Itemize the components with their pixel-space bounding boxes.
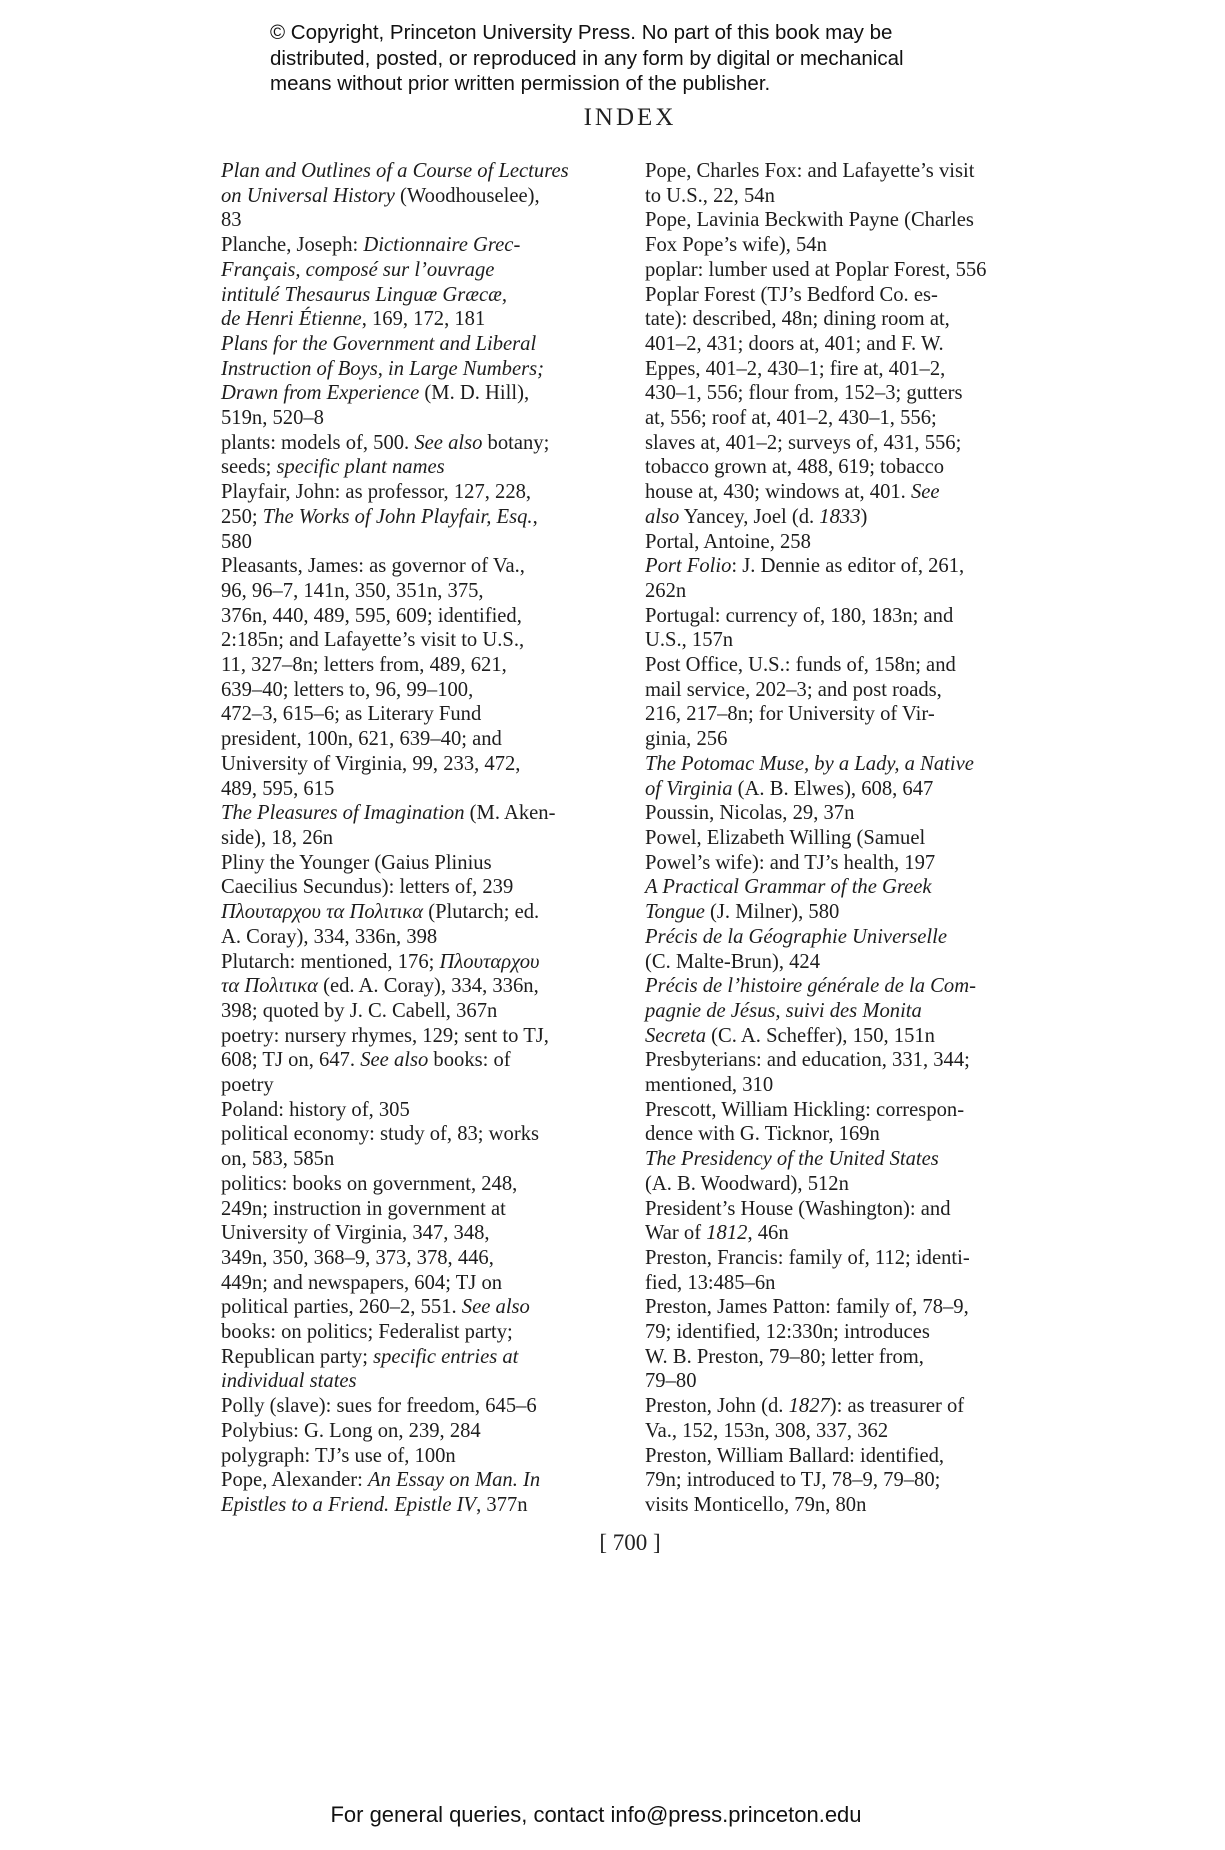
- index-entry: Post Office, U.S.: funds of, 158n; andma…: [645, 653, 1050, 752]
- index-entry-line: poetry: [242, 1073, 621, 1098]
- index-entry-line: 2:185n; and Lafayette’s visit to U.S.,: [242, 628, 621, 653]
- index-entry-line: Poland: history of, 305: [242, 1098, 621, 1123]
- index-entry: Poland: history of, 305: [221, 1098, 621, 1123]
- index-entry-line: (A. B. Woodward), 512n: [666, 1172, 1050, 1197]
- index-entry-line: president, 100n, 621, 639–40; and: [242, 727, 621, 752]
- index-entry: political economy: study of, 83; workson…: [221, 1122, 621, 1171]
- index-entry-line: Portugal: currency of, 180, 183n; and: [666, 604, 1050, 629]
- index-entry-line: politics: books on government, 248,: [242, 1172, 621, 1197]
- index-entry-line: poplar: lumber used at Poplar Forest, 55…: [666, 258, 1050, 283]
- index-entry: Précis de la Géographie Universelle(C. M…: [645, 925, 1050, 974]
- footer-contact: For general queries, contact info@press.…: [0, 1802, 1192, 1828]
- index-entry-line: Pope, Alexander: An Essay on Man. In: [242, 1468, 621, 1493]
- index-entry-line: Va., 152, 153n, 308, 337, 362: [666, 1419, 1050, 1444]
- index-entry: President’s House (Washington): andWar o…: [645, 1197, 1050, 1246]
- index-entry-line: Preston, Francis: family of, 112; identi…: [666, 1246, 1050, 1271]
- index-entry: Plan and Outlines of a Course of Lecture…: [221, 159, 621, 233]
- copyright-line: means without prior written permission o…: [270, 71, 1010, 97]
- index-entry: Polly (slave): sues for freedom, 645–6: [221, 1394, 621, 1419]
- index-entry: Prescott, William Hickling: correspon-de…: [645, 1098, 1050, 1147]
- index-entry-line: Preston, John (d. 1827): as treasurer of: [666, 1394, 1050, 1419]
- index-entry-line: Pleasants, James: as governor of Va.,: [242, 554, 621, 579]
- index-entry-line: Prescott, William Hickling: correspon-: [666, 1098, 1050, 1123]
- index-entry-line: University of Virginia, 347, 348,: [242, 1221, 621, 1246]
- index-entry-line: 262n: [666, 579, 1050, 604]
- index-entry: Pliny the Younger (Gaius PliniusCaeciliu…: [221, 851, 621, 900]
- index-entry-line: 449n; and newspapers, 604; TJ on: [242, 1271, 621, 1296]
- index-entry-line: house at, 430; windows at, 401. See: [666, 480, 1050, 505]
- index-entry-line: polygraph: TJ’s use of, 100n: [242, 1444, 621, 1469]
- index-entry-line: Pliny the Younger (Gaius Plinius: [242, 851, 621, 876]
- index-entry-line: Secreta (C. A. Scheffer), 150, 151n: [666, 1024, 1050, 1049]
- index-entry-line: (C. Malte-Brun), 424: [666, 950, 1050, 975]
- index-entry-line: Pope, Charles Fox: and Lafayette’s visit: [666, 159, 1050, 184]
- index-entry-line: 79–80: [666, 1369, 1050, 1394]
- index-entry-line: War of 1812, 46n: [666, 1221, 1050, 1246]
- index-entry: poetry: nursery rhymes, 129; sent to TJ,…: [221, 1024, 621, 1098]
- index-entry: politics: books on government, 248,249n;…: [221, 1172, 621, 1394]
- index-entry-line: Preston, James Patton: family of, 78–9,: [666, 1295, 1050, 1320]
- index-entry-line: 79; identified, 12:330n; introduces: [666, 1320, 1050, 1345]
- index-entry-line: books: on politics; Federalist party;: [242, 1320, 621, 1345]
- index-entry-line: Πλουταρχου τα Πολιτικα (Plutarch; ed.: [242, 900, 621, 925]
- index-entry: Presbyterians: and education, 331, 344;m…: [645, 1048, 1050, 1097]
- index-entry-line: Poussin, Nicolas, 29, 37n: [666, 801, 1050, 826]
- index-entry-line: 376n, 440, 489, 595, 609; identified,: [242, 604, 621, 629]
- index-entry-line: de Henri Étienne, 169, 172, 181: [242, 307, 621, 332]
- index-entry-line: Français, composé sur l’ouvrage: [242, 258, 621, 283]
- index-entry: The Potomac Muse, by a Lady, a Nativeof …: [645, 752, 1050, 801]
- index-entry-line: 216, 217–8n; for University of Vir-: [666, 702, 1050, 727]
- index-column-right: Pope, Charles Fox: and Lafayette’s visit…: [645, 159, 1050, 1518]
- index-entry-line: 639–40; letters to, 96, 99–100,: [242, 678, 621, 703]
- index-entry-line: 430–1, 556; flour from, 152–3; gutters: [666, 381, 1050, 406]
- index-entry-line: side), 18, 26n: [242, 826, 621, 851]
- index-entry: Πλουταρχου τα Πολιτικα (Plutarch; ed.A. …: [221, 900, 621, 949]
- index-entry-line: poetry: nursery rhymes, 129; sent to TJ,: [242, 1024, 621, 1049]
- index-entry-line: tobacco grown at, 488, 619; tobacco: [666, 455, 1050, 480]
- index-entry-line: Plans for the Government and Liberal: [242, 332, 621, 357]
- index-entry-line: Plutarch: mentioned, 176; Πλουταρχου: [242, 950, 621, 975]
- index-entry-line: mail service, 202–3; and post roads,: [666, 678, 1050, 703]
- index-entry: Poplar Forest (TJ’s Bedford Co. es-tate)…: [645, 283, 1050, 530]
- index-entry-line: mentioned, 310: [666, 1073, 1050, 1098]
- index-entry: Powel, Elizabeth Willing (SamuelPowel’s …: [645, 826, 1050, 875]
- index-entry-line: The Presidency of the United States: [666, 1147, 1050, 1172]
- index-entry-line: 349n, 350, 368–9, 373, 378, 446,: [242, 1246, 621, 1271]
- index-entry-line: W. B. Preston, 79–80; letter from,: [666, 1345, 1050, 1370]
- index-entry-line: Port Folio: J. Dennie as editor of, 261,: [666, 554, 1050, 579]
- index-entry-line: pagnie de Jésus, suivi des Monita: [666, 999, 1050, 1024]
- index-entry-line: plants: models of, 500. See also botany;: [242, 431, 621, 456]
- index-entry-line: on Universal History (Woodhouselee),: [242, 184, 621, 209]
- index-entry: The Pleasures of Imagination (M. Aken-si…: [221, 801, 621, 850]
- index-entry-line: Republican party; specific entries at: [242, 1345, 621, 1370]
- index-entry-line: political parties, 260–2, 551. See also: [242, 1295, 621, 1320]
- index-entry-line: 11, 327–8n; letters from, 489, 621,: [242, 653, 621, 678]
- copyright-notice: © Copyright, Princeton University Press.…: [270, 20, 1010, 97]
- index-entry-line: on, 583, 585n: [242, 1147, 621, 1172]
- index-entry-line: slaves at, 401–2; surveys of, 431, 556;: [666, 431, 1050, 456]
- index-entry-line: 580: [242, 530, 621, 555]
- index-entry: Pope, Alexander: An Essay on Man. InEpis…: [221, 1468, 621, 1517]
- index-entry-line: Playfair, John: as professor, 127, 228,: [242, 480, 621, 505]
- index-entry-line: Presbyterians: and education, 331, 344;: [666, 1048, 1050, 1073]
- index-entry: Pope, Lavinia Beckwith Payne (CharlesFox…: [645, 208, 1050, 257]
- index-entry: Port Folio: J. Dennie as editor of, 261,…: [645, 554, 1050, 603]
- index-entry-line: 472–3, 615–6; as Literary Fund: [242, 702, 621, 727]
- index-entry-line: intitulé Thesaurus Linguæ Græcæ,: [242, 283, 621, 308]
- index-entry-line: visits Monticello, 79n, 80n: [666, 1493, 1050, 1518]
- index-entry-line: political economy: study of, 83; works: [242, 1122, 621, 1147]
- copyright-line: © Copyright, Princeton University Press.…: [270, 20, 1010, 46]
- index-entry-line: 249n; instruction in government at: [242, 1197, 621, 1222]
- page-title: INDEX: [0, 104, 1225, 132]
- index-entry: Plans for the Government and LiberalInst…: [221, 332, 621, 431]
- index-entry-line: 96, 96–7, 141n, 350, 351n, 375,: [242, 579, 621, 604]
- index-entry-line: Polly (slave): sues for freedom, 645–6: [242, 1394, 621, 1419]
- index-entry-line: tate): described, 48n; dining room at,: [666, 307, 1050, 332]
- index-entry: polygraph: TJ’s use of, 100n: [221, 1444, 621, 1469]
- index-entry: Plutarch: mentioned, 176; Πλουταρχουτα Π…: [221, 950, 621, 1024]
- index-entry-line: Post Office, U.S.: funds of, 158n; and: [666, 653, 1050, 678]
- index-entry-line: seeds; specific plant names: [242, 455, 621, 480]
- index-entry-line: Portal, Antoine, 258: [666, 530, 1050, 555]
- index-entry-line: Précis de la Géographie Universelle: [666, 925, 1050, 950]
- index-entry-line: to U.S., 22, 54n: [666, 184, 1050, 209]
- index-entry: Planche, Joseph: Dictionnaire Grec-Franç…: [221, 233, 621, 332]
- index-entry-line: Epistles to a Friend. Epistle IV, 377n: [242, 1493, 621, 1518]
- index-entry-line: 79n; introduced to TJ, 78–9, 79–80;: [666, 1468, 1050, 1493]
- index-entry-line: Précis de l’histoire générale de la Com-: [666, 974, 1050, 999]
- index-entry-line: Fox Pope’s wife), 54n: [666, 233, 1050, 258]
- index-entry: plants: models of, 500. See also botany;…: [221, 431, 621, 480]
- index-entry-line: Powel’s wife): and TJ’s health, 197: [666, 851, 1050, 876]
- index-entry-line: Drawn from Experience (M. D. Hill),: [242, 381, 621, 406]
- index-entry: Preston, William Ballard: identified,79n…: [645, 1444, 1050, 1518]
- index-entry-line: at, 556; roof at, 401–2, 430–1, 556;: [666, 406, 1050, 431]
- index-entry-line: President’s House (Washington): and: [666, 1197, 1050, 1222]
- index-entry: The Presidency of the United States(A. B…: [645, 1147, 1050, 1196]
- index-entry-line: 83: [242, 208, 621, 233]
- index-entry: Preston, John (d. 1827): as treasurer of…: [645, 1394, 1050, 1443]
- index-entry-line: 250; The Works of John Playfair, Esq.,: [242, 505, 621, 530]
- index-entry-line: ginia, 256: [666, 727, 1050, 752]
- index-entry-line: 489, 595, 615: [242, 777, 621, 802]
- index-column-left: Plan and Outlines of a Course of Lecture…: [221, 159, 621, 1518]
- index-entry-line: A Practical Grammar of the Greek: [666, 875, 1050, 900]
- index-entry-line: Poplar Forest (TJ’s Bedford Co. es-: [666, 283, 1050, 308]
- index-entry: Playfair, John: as professor, 127, 228,2…: [221, 480, 621, 554]
- copyright-line: distributed, posted, or reproduced in an…: [270, 46, 1010, 72]
- index-entry: poplar: lumber used at Poplar Forest, 55…: [645, 258, 1050, 283]
- index-entry-line: dence with G. Ticknor, 169n: [666, 1122, 1050, 1147]
- index-entry: Portal, Antoine, 258: [645, 530, 1050, 555]
- index-entry: Portugal: currency of, 180, 183n; andU.S…: [645, 604, 1050, 653]
- index-entry-line: University of Virginia, 99, 233, 472,: [242, 752, 621, 777]
- page-number: [ 700 ]: [0, 1530, 1225, 1556]
- index-entry-line: Caecilius Secundus): letters of, 239: [242, 875, 621, 900]
- index-entry-line: Tongue (J. Milner), 580: [666, 900, 1050, 925]
- index-entry-line: 519n, 520–8: [242, 406, 621, 431]
- index-entry-line: Powel, Elizabeth Willing (Samuel: [666, 826, 1050, 851]
- index-entry: Pleasants, James: as governor of Va.,96,…: [221, 554, 621, 801]
- index-entry: Pope, Charles Fox: and Lafayette’s visit…: [645, 159, 1050, 208]
- index-entry: A Practical Grammar of the GreekTongue (…: [645, 875, 1050, 924]
- index-entry-line: also Yancey, Joel (d. 1833): [666, 505, 1050, 530]
- index-entry-line: A. Coray), 334, 336n, 398: [242, 925, 621, 950]
- index-entry-line: U.S., 157n: [666, 628, 1050, 653]
- index-entry-line: Planche, Joseph: Dictionnaire Grec-: [242, 233, 621, 258]
- index-entry-line: of Virginia (A. B. Elwes), 608, 647: [666, 777, 1050, 802]
- index-entry-line: individual states: [242, 1369, 621, 1394]
- index-entry: Preston, Francis: family of, 112; identi…: [645, 1246, 1050, 1295]
- index-entry-line: Preston, William Ballard: identified,: [666, 1444, 1050, 1469]
- index-entry-line: 608; TJ on, 647. See also books: of: [242, 1048, 621, 1073]
- index-entry-line: Instruction of Boys, in Large Numbers;: [242, 357, 621, 382]
- index-entry-line: Polybius: G. Long on, 239, 284: [242, 1419, 621, 1444]
- index-entry-line: fied, 13:485–6n: [666, 1271, 1050, 1296]
- index-entry: Poussin, Nicolas, 29, 37n: [645, 801, 1050, 826]
- index-entry-line: τα Πολιτικα (ed. A. Coray), 334, 336n,: [242, 974, 621, 999]
- index-entry-line: 398; quoted by J. C. Cabell, 367n: [242, 999, 621, 1024]
- index-entry-line: The Potomac Muse, by a Lady, a Native: [666, 752, 1050, 777]
- index-entry: Preston, James Patton: family of, 78–9,7…: [645, 1295, 1050, 1394]
- index-entry-line: Pope, Lavinia Beckwith Payne (Charles: [666, 208, 1050, 233]
- index-entry: Précis de l’histoire générale de la Com-…: [645, 974, 1050, 1048]
- index-entry-line: Eppes, 401–2, 430–1; fire at, 401–2,: [666, 357, 1050, 382]
- index-entry-line: Plan and Outlines of a Course of Lecture…: [242, 159, 621, 184]
- index-entry-line: The Pleasures of Imagination (M. Aken-: [242, 801, 621, 826]
- index-entry-line: 401–2, 431; doors at, 401; and F. W.: [666, 332, 1050, 357]
- index-entry: Polybius: G. Long on, 239, 284: [221, 1419, 621, 1444]
